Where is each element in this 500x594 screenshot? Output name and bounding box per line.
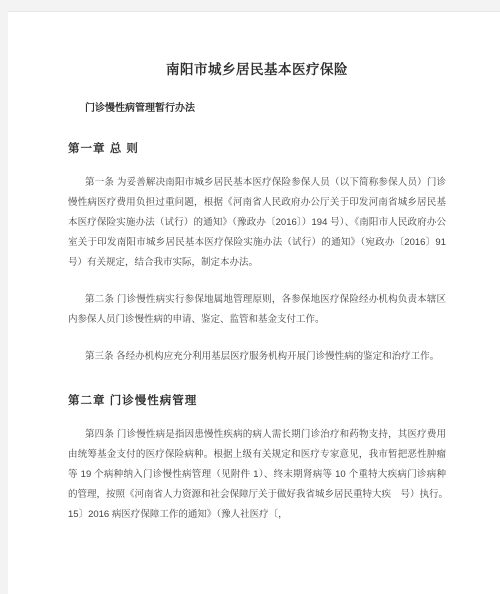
document-line: 慢性病医疗费用负担过重问题，根据《河南省人民政府办公厅关于印发河南省城乡居民基 — [68, 193, 446, 213]
document-line: 由统筹基金支付的医疗保险病种。根据上级有关规定和医疗专家意见，我市暂把恶性肿瘤 — [68, 445, 446, 465]
document-line: 第四条 门诊慢性病是指因患慢性疾病的病人需长期门诊治疗和药物支持，其医疗费用 — [68, 425, 446, 445]
document-line: 的管理，按照《河南省人力资源和社会保障厅关于做好我省城乡居民重特大疾 号）执行。 — [68, 485, 446, 505]
document-line: 本医疗保险实施办法（试行）的通知》（豫政办〔2016〕）194 号）、《南阳市人… — [68, 213, 446, 233]
document-line: 等 19 个病种纳入门诊慢性病管理（见附件 1）、终末期肾病等 10 个重特大疾… — [68, 465, 446, 485]
document-line: 第二条 门诊慢性病实行参保地属地管理原则，各参保地医疗保险经办机构负责本辖区 — [68, 290, 446, 310]
chapter-heading: 第二章 门诊慢性病管理 — [68, 394, 446, 408]
document-paragraph: 第一条 为妥善解决南阳市城乡居民基本医疗保险参保人员（以下简称参保人员）门诊慢性… — [68, 173, 446, 273]
document-paragraph: 第二条 门诊慢性病实行参保地属地管理原则，各参保地医疗保险经办机构负责本辖区内参… — [68, 290, 446, 330]
viewer-canvas: { "colors": { "canvas": "#f3f3f3", "pape… — [0, 0, 500, 594]
document-subtitle: 门诊慢性病管理暂行办法 — [68, 103, 446, 115]
document-paragraph: 第三条 各经办机构应充分利用基层医疗服务机构开展门诊慢性病的鉴定和治疗工作。 — [68, 347, 446, 367]
document-body: 第一章 总 则第一条 为妥善解决南阳市城乡居民基本医疗保险参保人员（以下简称参保… — [68, 142, 446, 525]
document-line: 第一条 为妥善解决南阳市城乡居民基本医疗保险参保人员（以下简称参保人员）门诊 — [68, 173, 446, 193]
chapter-heading: 第一章 总 则 — [68, 142, 446, 156]
document-page: 南阳市城乡居民基本医疗保险 门诊慢性病管理暂行办法 第一章 总 则第一条 为妥善… — [8, 11, 500, 594]
document-line: 内参保人员门诊慢性病的申请、鉴定、监管和基金支付工作。 — [68, 310, 446, 330]
document-line: 室关于印发南阳市城乡居民基本医疗保险实施办法（试行）的通知》（宛政办〔2016〕… — [68, 233, 446, 253]
document-line: 第三条 各经办机构应充分利用基层医疗服务机构开展门诊慢性病的鉴定和治疗工作。 — [68, 347, 446, 367]
document-line: 号）有关规定，结合我市实际，制定本办法。 — [68, 253, 446, 273]
document-title: 南阳市城乡居民基本医疗保险 — [68, 61, 446, 78]
document-paragraph: 第四条 门诊慢性病是指因患慢性疾病的病人需长期门诊治疗和药物支持，其医疗费用由统… — [68, 425, 446, 525]
document-line: 15〕2016 病医疗保障工作的通知》（豫人社医疗〔， — [68, 505, 446, 525]
